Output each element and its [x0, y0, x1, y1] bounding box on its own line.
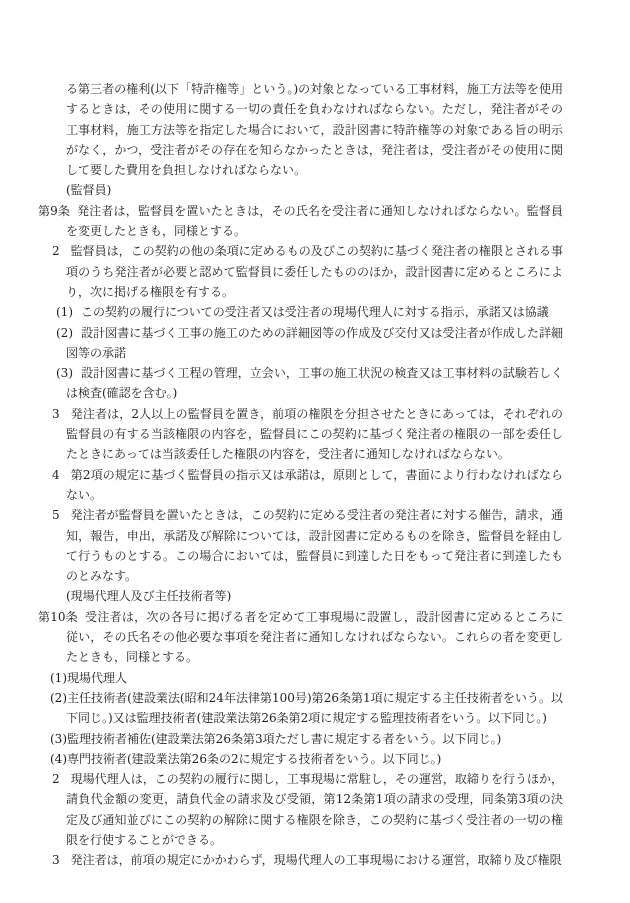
article-9-paragraph-2: 2監督員は，この契約の他の条項に定めるもの及びこの契約に基づく発注者の権限とされ…: [66, 241, 563, 302]
paragraph-number: 3: [52, 407, 60, 421]
paragraph-text: 発注者は，前項の規定にかかわらず，現場代理人の工事現場における運営，取締り及び権…: [71, 853, 562, 867]
item-number: (4): [50, 749, 67, 769]
item-text: 現場代理人: [67, 671, 127, 685]
paragraph-number: 3: [52, 853, 60, 867]
item-text: この契約の履行についての受注者又は受注者の現場代理人に対する指示，承諾又は協議: [81, 305, 549, 319]
paragraph-text: 第2項の規定に基づく監督員の指示又は承諾は，原則として，書面により行わなければな…: [66, 468, 563, 502]
paragraph-text: 発注者は，2人以上の監督員を置き，前項の権限を分担させたときにあっては，それぞれ…: [66, 407, 563, 462]
section-heading-site-agent: (現場代理人及び主任技術者等): [66, 586, 563, 606]
article-10-number: 第10条: [38, 610, 78, 624]
article-9-paragraph-5: 5発注者が監督員を置いたときは，この契約に定める受注者の発注者に対する催告，請求…: [66, 505, 563, 586]
article-9-paragraph-4: 4第2項の規定に基づく監督員の指示又は承諾は，原則として，書面により行わなければ…: [66, 465, 563, 506]
paragraph-text: 監督員は，この契約の他の条項に定めるもの及びこの契約に基づく発注者の権限とされる…: [66, 244, 563, 299]
item-text: 設計図書に基づく工事の施工のための詳細図等の作成及び交付又は受注者が作成した詳細…: [66, 326, 563, 360]
paragraph-number: 4: [52, 468, 60, 482]
article-9-paragraph-2-item-1: (1)この契約の履行についての受注者又は受注者の現場代理人に対する指示，承諾又は…: [66, 302, 563, 322]
article-10-item-3: (3)監理技術者補佐(建設業法第26条第3項ただし書に規定する者をいう。以下同じ…: [66, 729, 563, 749]
article-10-item-1: (1)現場代理人: [66, 668, 563, 688]
article-9-paragraph-3: 3発注者は，2人以上の監督員を置き，前項の権限を分担させたときにあっては，それぞ…: [66, 404, 563, 465]
article-9: 第9条発注者は，監督員を置いたときは，その氏名を受注者に通知しなければならない。…: [66, 201, 563, 242]
article-9-paragraph-2-item-2: (2)設計図書に基づく工事の施工のための詳細図等の作成及び交付又は受注者が作成し…: [66, 323, 563, 364]
item-text: 監理技術者補佐(建設業法第26条第3項ただし書に規定する者をいう。以下同じ。): [67, 732, 501, 746]
section-heading-supervisor: (監督員): [66, 180, 563, 200]
item-number: (1): [56, 302, 81, 322]
paragraph-number: 2: [52, 244, 60, 258]
document-page: る第三者の権利(以下「特許権等」という。)の対象となっている工事材料，施工方法等…: [0, 0, 630, 903]
article-10-item-2: (2)主任技術者(建設業法(昭和24年法律第100号)第26条第1項に規定する主…: [66, 688, 563, 729]
paragraph-text: 現場代理人は，この契約の履行に関し，工事現場に常駐し，その運営，取締りを行うほか…: [66, 772, 563, 847]
article-9-text: 発注者は，監督員を置いたときは，その氏名を受注者に通知しなければならない。監督員…: [66, 204, 563, 238]
item-number: (1): [50, 668, 67, 688]
item-text: 主任技術者(建設業法(昭和24年法律第100号)第26条第1項に規定する主任技術…: [66, 691, 563, 725]
article-9-number: 第9条: [38, 204, 70, 218]
paragraph-number: 2: [52, 772, 60, 786]
article-10-text: 受注者は，次の各号に掲げる者を定めて工事現場に設置し，設計図書に定めるところに従…: [66, 610, 563, 665]
article-10: 第10条受注者は，次の各号に掲げる者を定めて工事現場に設置し，設計図書に定めると…: [66, 607, 563, 668]
paragraph-number: 5: [52, 508, 60, 522]
article-9-paragraph-2-item-3: (3)設計図書に基づく工程の管理，立会い，工事の施工状況の検査又は工事材料の試験…: [66, 363, 563, 404]
article-10-item-4: (4)専門技術者(建設業法第26条の2に規定する技術者をいう。以下同じ。): [66, 749, 563, 769]
carryover-paragraph: る第三者の権利(以下「特許権等」という。)の対象となっている工事材料，施工方法等…: [66, 79, 563, 180]
item-text: 専門技術者(建設業法第26条の2に規定する技術者をいう。以下同じ。): [67, 752, 441, 766]
paragraph-text: 発注者が監督員を置いたときは，この契約に定める受注者の発注者に対する催告，請求，…: [66, 508, 563, 583]
item-number: (3): [56, 363, 81, 383]
article-10-paragraph-2: 2現場代理人は，この契約の履行に関し，工事現場に常駐し，その運営，取締りを行うほ…: [66, 769, 563, 850]
item-number: (3): [50, 729, 67, 749]
article-10-paragraph-3: 3発注者は，前項の規定にかかわらず，現場代理人の工事現場における運営，取締り及び…: [66, 850, 563, 870]
item-number: (2): [50, 688, 67, 708]
item-number: (2): [56, 323, 81, 343]
item-text: 設計図書に基づく工程の管理，立会い，工事の施工状況の検査又は工事材料の試験若しく…: [66, 366, 563, 400]
